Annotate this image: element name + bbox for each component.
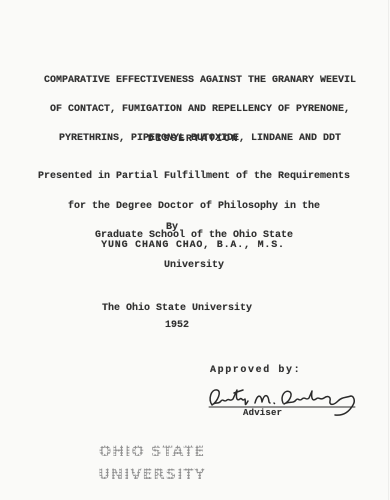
title-line: COMPARATIVE EFFECTIVENESS AGAINST THE GR… [10, 76, 390, 86]
approved-by-label: Approved by: [210, 365, 301, 376]
title-line: OF CONTACT, FUMIGATION AND REPELLENCY OF… [10, 105, 390, 115]
stamp-line: UNIVERSITY [62, 464, 242, 487]
degree-statement-line: Presented in Partial Fulfillment of the … [0, 172, 388, 182]
document-type-label: DISSERTATION [0, 134, 387, 145]
adviser-signature [205, 386, 370, 422]
author-name: YUNG CHANG CHAO, B.A., M.S. [0, 240, 386, 251]
signature-stroke [210, 390, 248, 405]
institution-name: The Ohio State University [0, 303, 354, 314]
stamp-line: OHIO STATE [62, 441, 242, 464]
signature-stroke [234, 390, 243, 393]
degree-statement-line: for the Degree Doctor of Philosophy in t… [0, 202, 388, 212]
dissertation-title: COMPARATIVE EFFECTIVENESS AGAINST THE GR… [10, 57, 390, 163]
library-stamp: OHIO STATE UNIVERSITY [62, 441, 242, 487]
signature-stroke [282, 391, 354, 415]
dissertation-title-page: COMPARATIVE EFFECTIVENESS AGAINST THE GR… [0, 0, 390, 500]
degree-statement-line: University [0, 261, 388, 271]
byline-label: By [0, 222, 344, 233]
signature-stroke [255, 396, 275, 404]
year: 1952 [0, 320, 354, 331]
adviser-label: Adviser [243, 408, 282, 418]
